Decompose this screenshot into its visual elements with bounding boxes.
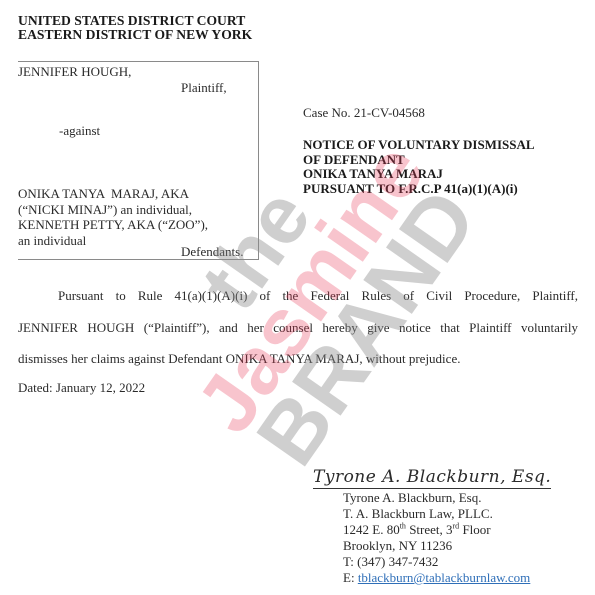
defendant-line: (“NICKI MINAJ”) an individual, bbox=[18, 202, 208, 218]
plaintiff-label: Plaintiff, bbox=[181, 80, 227, 95]
notice-title-line: PURSUANT TO F.R.C.P 41(a)(1)(A)(i) bbox=[303, 182, 535, 197]
body-line-2: JENNIFER HOUGH (“Plaintiff”), and her co… bbox=[18, 320, 578, 336]
defendant-line: an individual bbox=[18, 233, 208, 249]
phone-number: T: (347) 347-7432 bbox=[343, 554, 530, 570]
notice-title-line: OF DEFENDANT bbox=[303, 153, 535, 168]
city-state-zip: Brooklyn, NY 11236 bbox=[343, 538, 530, 554]
plaintiff-name: JENNIFER HOUGH, bbox=[18, 64, 131, 79]
defendants-label: Defendants. bbox=[181, 244, 243, 259]
defendants-block: ONIKA TANYA MARAJ, AKA (“NICKI MINAJ”) a… bbox=[18, 186, 208, 248]
notice-title-line: ONIKA TANYA MARAJ bbox=[303, 167, 535, 182]
court-name: UNITED STATES DISTRICT COURT bbox=[18, 14, 252, 28]
notice-title: NOTICE OF VOLUNTARY DISMISSAL OF DEFENDA… bbox=[303, 138, 535, 196]
defendant-line: ONIKA TANYA MARAJ, AKA bbox=[18, 186, 208, 202]
email-link[interactable]: tblackburn@tablackburnlaw.com bbox=[358, 570, 531, 585]
signature-block: Tyrone A. Blackburn, Esq. T. A. Blackbur… bbox=[343, 490, 530, 586]
against-label: -against bbox=[59, 123, 100, 138]
defendant-line: KENNETH PETTY, AKA (“ZOO”), bbox=[18, 217, 208, 233]
handwritten-signature: Tyrone A. Blackburn, Esq. bbox=[313, 467, 551, 489]
dated-line: Dated: January 12, 2022 bbox=[18, 380, 578, 396]
attorney-name: Tyrone A. Blackburn, Esq. bbox=[343, 490, 530, 506]
case-number: Case No. 21-CV-04568 bbox=[303, 105, 425, 120]
notice-title-line: NOTICE OF VOLUNTARY DISMISSAL bbox=[303, 138, 535, 153]
firm-name: T. A. Blackburn Law, PLLC. bbox=[343, 506, 530, 522]
court-heading: UNITED STATES DISTRICT COURT EASTERN DIS… bbox=[18, 14, 252, 42]
body-line-1: Pursuant to Rule 41(a)(1)(A)(i) of the F… bbox=[18, 288, 578, 304]
street-address: 1242 E. 80th Street, 3rd Floor bbox=[343, 522, 530, 538]
body-line-3: dismisses her claims against Defendant O… bbox=[18, 351, 578, 367]
court-district: EASTERN DISTRICT OF NEW YORK bbox=[18, 28, 252, 42]
email-line: E: tblackburn@tablackburnlaw.com bbox=[343, 570, 530, 586]
